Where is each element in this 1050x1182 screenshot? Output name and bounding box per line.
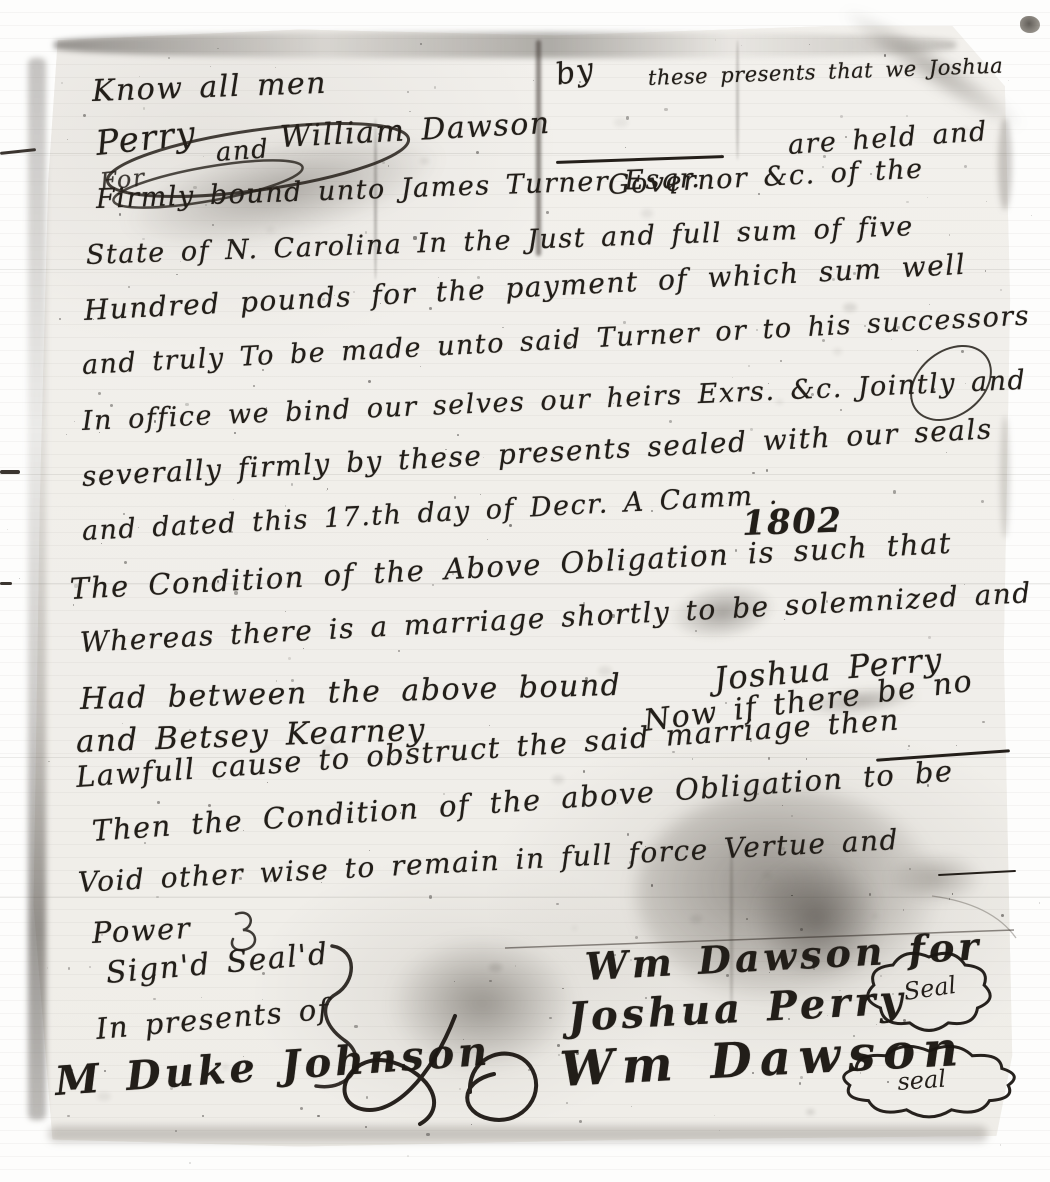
scan-streak	[0, 897, 1050, 898]
margin-mark	[0, 470, 20, 474]
speck	[1031, 215, 1032, 216]
speck	[19, 578, 20, 579]
margin-mark	[0, 582, 12, 585]
speck	[7, 529, 8, 530]
speck	[407, 1155, 409, 1157]
speck	[1008, 80, 1009, 81]
corner-ink-blob	[1020, 16, 1040, 33]
speck	[1000, 1144, 1002, 1146]
handwritten-line-18: Power	[91, 911, 192, 950]
speck	[1039, 902, 1041, 904]
handwritten-line-1b: by	[553, 51, 598, 92]
speck	[189, 1162, 191, 1164]
handwritten-line-2b: and	[215, 134, 270, 168]
scanned-document: Know all men by these presents that we J…	[0, 0, 1050, 1182]
